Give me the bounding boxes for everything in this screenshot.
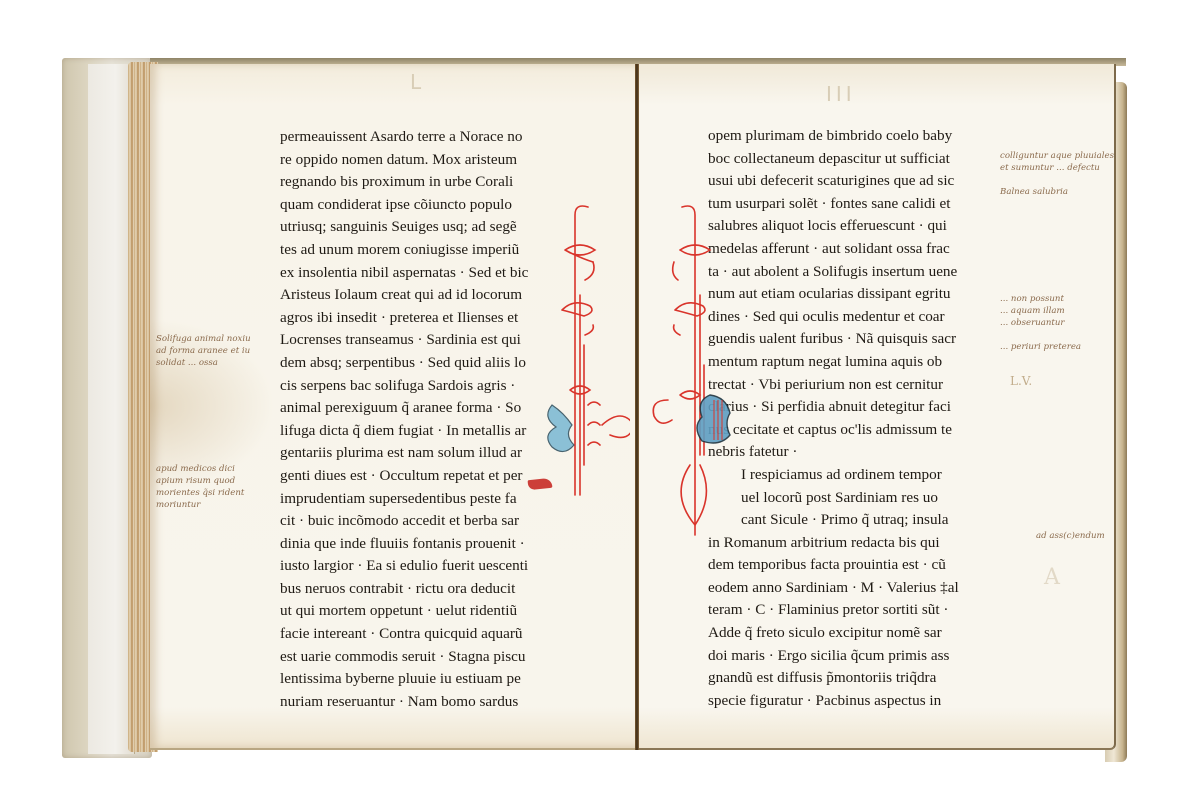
text-line: num aut etiam ocularias dissipant egritu — [708, 283, 959, 306]
text-line: quam condiderat ipse cõiuncto populo — [280, 194, 528, 217]
text-line: permeauissent Asardo terre a Norace no — [280, 126, 528, 149]
text-line: eodem anno Sardiniam · M · Valerius ‡al — [708, 577, 959, 600]
text-line: specie figuratur · Pacbinus aspectus in — [708, 690, 959, 713]
text-line: trectat · Vbi periurium non est cernitur — [708, 374, 959, 397]
text-line: teram · C · Flaminius pretor sortiti sũt… — [708, 599, 959, 622]
text-line: bus neruos contrabit · rictu ora deducit — [280, 578, 528, 601]
text-line: tum usurpari solẽt · fontes sane calidi … — [708, 193, 959, 216]
text-line: tes ad unum morem coniugisse imperiũ — [280, 239, 528, 262]
text-line: ta · aut abolent a Solifugis insertum ue… — [708, 261, 959, 284]
text-line: cant Sicule · Primo q̃ utraq; insula — [708, 509, 959, 532]
text-line: in Romanum arbitrium redacta bis qui — [708, 532, 959, 555]
right-folio-number: III — [826, 82, 856, 106]
text-line: nebris fatetur · — [708, 441, 959, 464]
book-gutter — [635, 64, 639, 750]
right-pen-flourish-icon — [650, 195, 740, 555]
text-line: ut qui mortem oppetunt · uelut ridentiũ — [280, 600, 528, 623]
margin-note: Solifuga animal noxiu ad forma aranee et… — [156, 333, 251, 369]
text-line: guendis ualent furibus · Nã quisquis sac… — [708, 328, 959, 351]
text-line: iusto largior · Ea si edulio fuerit uesc… — [280, 555, 528, 578]
text-line: clarius · Si perfidia abnuit detegitur f… — [708, 396, 959, 419]
text-line: cis serpens bac solifuga Sardois agris · — [280, 375, 528, 398]
text-line: salubres aliquot locis efferuescunt · qu… — [708, 215, 959, 238]
text-line: dines · Sed qui oculis medentur et coar — [708, 306, 959, 329]
text-line: cit · buic incõmodo accedit et berba sar — [280, 510, 528, 533]
text-line: gnandũ est diffusis p̃montoriis triq̃dra — [708, 667, 959, 690]
text-line: dem absq; serpentibus · Sed quid aliis l… — [280, 352, 528, 375]
text-line: agros ibi insedit · preterea et Ilienses… — [280, 307, 528, 330]
text-line: Aristeus Iolaum creat qui ad id locorum — [280, 284, 528, 307]
text-line: boc collectaneum depascitur ut sufficiat — [708, 148, 959, 171]
margin-note: ad ass(c)endum — [1036, 530, 1105, 542]
text-line: doi maris · Ergo sicilia q̃cum primis as… — [708, 645, 959, 668]
text-line: opem plurimam de bimbrido coelo baby — [708, 125, 959, 148]
text-line: gentariis plurima est nam solum illud ar — [280, 442, 528, 465]
text-line: genti diues est · Occultum repetat et pe… — [280, 465, 528, 488]
left-pen-flourish-icon — [540, 195, 630, 505]
text-line: Locrenses transeamus · Sardinia est qui — [280, 329, 528, 352]
text-line: re oppido nomen datum. Mox aristeum — [280, 149, 528, 172]
margin-note: apud medicos dici apium risum quod morie… — [156, 463, 244, 511]
text-line: lifuga dicta q̃ diem fugiat · In metalli… — [280, 420, 528, 443]
text-line: facie intereant · Contra quicquid aquarũ — [280, 623, 528, 646]
text-line: dem temporibus facta prouintia est · cũ — [708, 554, 959, 577]
text-line: usui ubi defecerit scaturigines que ad s… — [708, 170, 959, 193]
text-line: nuriam reseruantur · Nam bomo sardus — [280, 691, 528, 714]
text-line: uel locorũ post Sardiniam res uo — [708, 487, 959, 510]
left-text-block: permeauissent Asardo terre a Norace no r… — [280, 126, 528, 713]
text-line: imprudentiam supersedentibus peste fa — [280, 488, 528, 511]
text-line: medelas afferunt · aut solidant ossa fra… — [708, 238, 959, 261]
text-line: utriusq; sanguinis Seuiges usq; ad segẽ — [280, 216, 528, 239]
text-line: I respiciamus ad ordinem tempor — [708, 464, 959, 487]
text-line: est uarie commodis seruit · Stagna piscu — [280, 646, 528, 669]
margin-note: L.V. — [1010, 375, 1032, 387]
text-line: mentum raptum negat lumina aquis ob — [708, 351, 959, 374]
right-text-block: opem plurimam de bimbrido coelo baby boc… — [708, 125, 959, 712]
margin-note: A — [1044, 572, 1060, 584]
left-folio-number: L — [410, 70, 425, 94]
text-line: regnando bis proximum in urbe Corali — [280, 171, 528, 194]
text-line: Adde q̃ freto siculo excipitur nomẽ sar — [708, 622, 959, 645]
text-line: animal perexiguum q̃ aranee forma · So — [280, 397, 528, 420]
margin-note: colliguntur aque pluuiales et sumuntur .… — [1000, 150, 1114, 198]
text-line: nus cecitate et captus oc'lis admissum t… — [708, 419, 959, 442]
text-line: ex insolentia nibil aspernatas · Sed et … — [280, 262, 528, 285]
margin-note: ... non possunt ... aquam illam ... obse… — [1000, 293, 1081, 353]
open-book-photograph: L III permeauissent Asardo terre a Norac… — [0, 0, 1179, 800]
text-line: lentissima byberne pluuie iu estiuam pe — [280, 668, 528, 691]
text-line: dinia que inde fluuiis fontanis prouenit… — [280, 533, 528, 556]
